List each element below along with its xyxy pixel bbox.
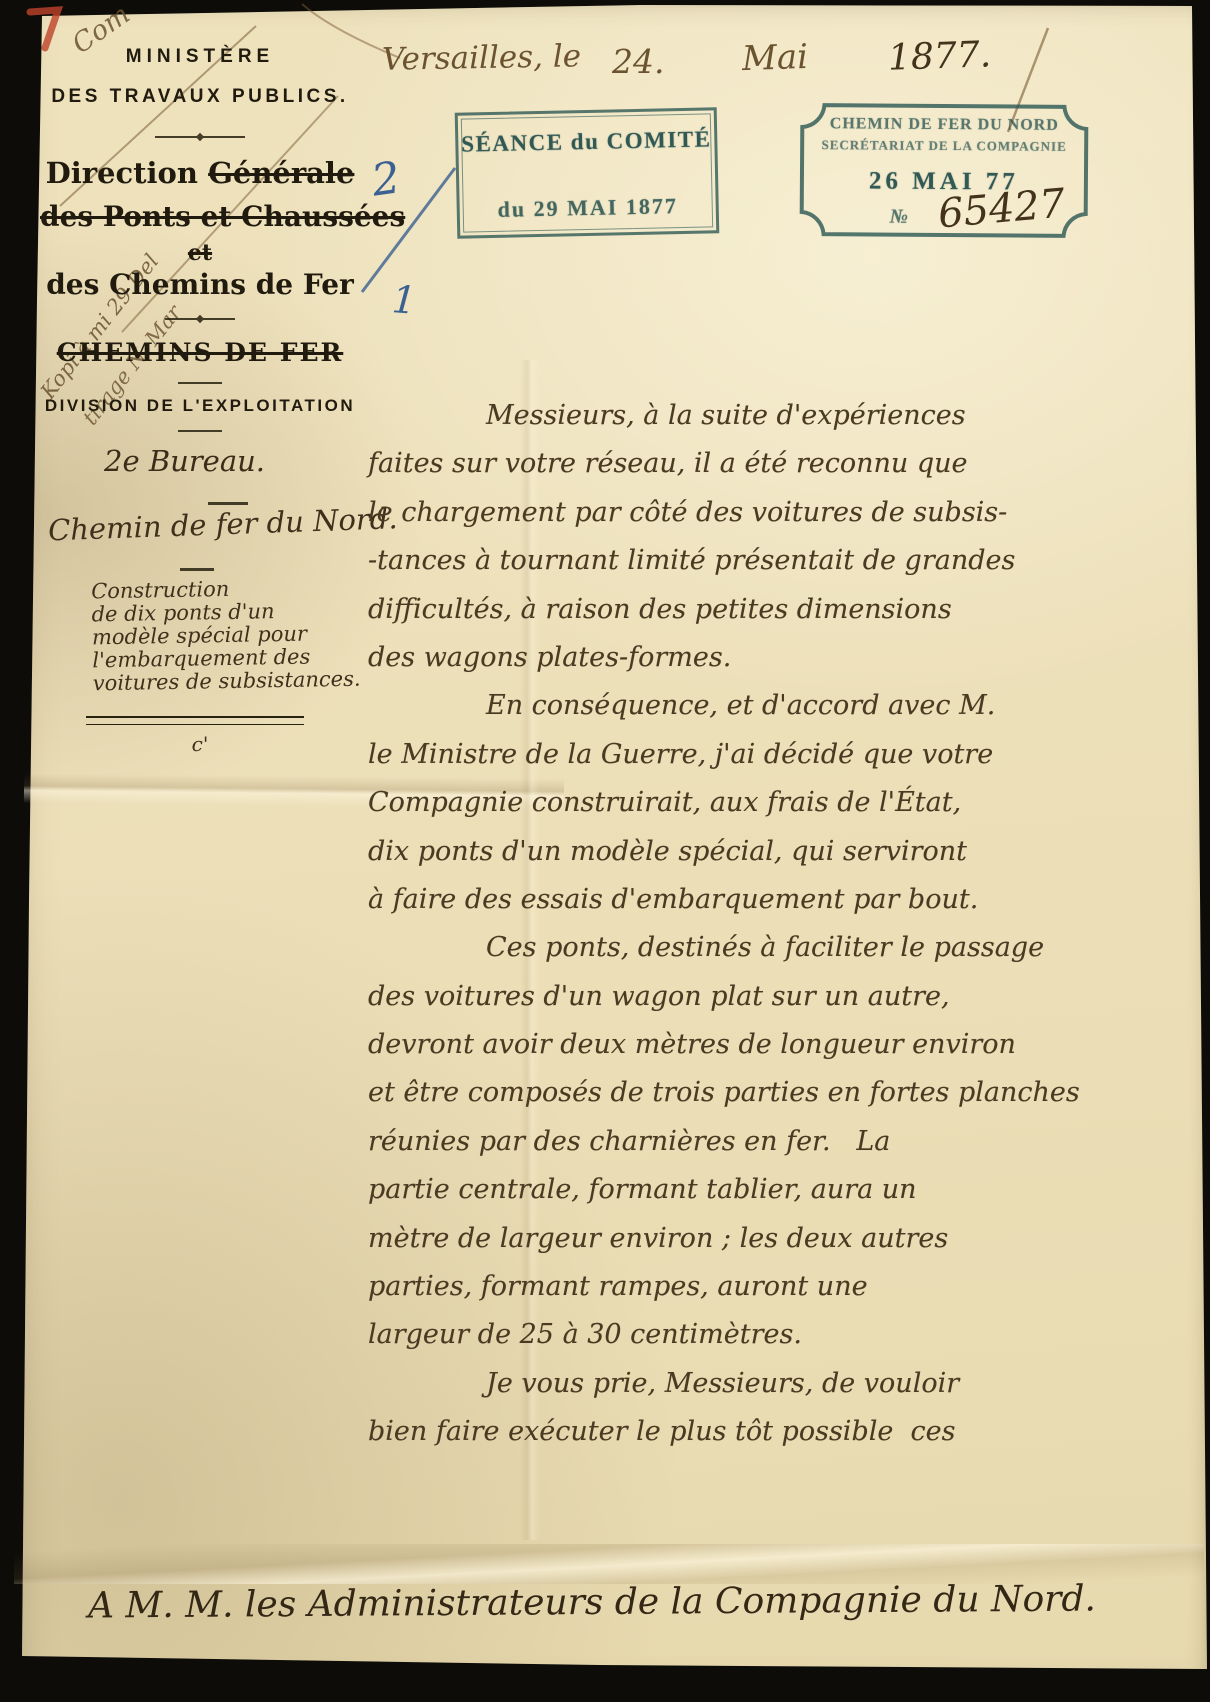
body-line: le chargement par côté des voitures de s… xyxy=(368,497,1128,545)
body-line: En conséquence, et d'accord avec M. xyxy=(368,690,1128,738)
document-photo: Com Kopi à mi 29 Del tirage N. Mar MINIS… xyxy=(0,0,1210,1702)
body-line: partie centrale, formant tablier, aura u… xyxy=(368,1174,1128,1222)
corner-note-mark: c' xyxy=(40,732,360,756)
body-line: bien faire exécuter le plus tôt possible… xyxy=(368,1416,1128,1464)
body-line: réunies par des charnières en fer. La xyxy=(368,1126,1128,1174)
dateline-place: Versailles, le xyxy=(382,38,582,77)
divider-rule xyxy=(208,502,248,505)
body-line: parties, formant rampes, auront une xyxy=(368,1271,1128,1319)
body-line: dix ponts d'un modèle spécial, qui servi… xyxy=(368,836,1128,884)
body-line: des voitures d'un wagon plat sur un autr… xyxy=(368,981,1128,1029)
blue-pencil-numeral-bottom: 1 xyxy=(390,277,417,323)
et-struck: et xyxy=(40,240,360,266)
body-line: mètre de largeur environ ; les deux autr… xyxy=(368,1223,1128,1271)
dateline-year: 1877. xyxy=(887,34,991,79)
body-line: -tances à tournant limité présentait de … xyxy=(368,545,1128,593)
letterhead: MINISTÈRE DES TRAVAUX PUBLICS. Direction… xyxy=(40,0,360,780)
bureau-line: 2e Bureau. xyxy=(104,444,265,478)
dateline-day: 24. xyxy=(612,42,664,81)
ministry-title-line1: MINISTÈRE xyxy=(40,46,360,68)
recipient-address: A M. M. les Administrateurs de la Compag… xyxy=(88,1578,1096,1626)
direction-word: Direction xyxy=(46,156,198,190)
body-line: difficultés, à raison des petites dimens… xyxy=(368,594,1128,642)
letter-body: Messieurs, à la suite d'expériencesfaite… xyxy=(368,400,1128,1465)
body-line: à faire des essais d'embarquement par bo… xyxy=(368,884,1128,932)
double-rule xyxy=(86,716,304,725)
chemins-struck-heading: CHEMINS DE FER xyxy=(40,338,360,367)
ponts-chaussees-struck-line: des Ponts et Chaussées xyxy=(40,200,360,233)
divider-rule xyxy=(178,382,222,384)
body-line: largeur de 25 à 30 centimètres. xyxy=(368,1319,1128,1367)
subject-line: voitures de subsistances. xyxy=(93,668,361,696)
body-line: le Ministre de la Guerre, j'ai décidé qu… xyxy=(368,739,1128,787)
body-line: Messieurs, à la suite d'expériences xyxy=(368,400,1128,448)
body-line: des wagons plates-formes. xyxy=(368,642,1128,690)
body-line: faites sur votre réseau, il a été reconn… xyxy=(368,448,1128,496)
comite-stamp-title: SÉANCE du COMITÉ xyxy=(458,126,714,157)
direction-line: Direction Générale xyxy=(40,156,360,190)
chemins-de-fer-line: des Chemins de Fer xyxy=(40,268,360,301)
divider-rule xyxy=(180,568,214,571)
nord-stamp-title: CHEMIN DE FER DU NORD xyxy=(794,115,1094,135)
ornament-rule xyxy=(165,318,235,320)
nord-stamp-subtitle: SECRÉTARIAT DE LA COMPAGNIE xyxy=(794,137,1094,155)
subject-description: Construction de dix ponts d'un modèle sp… xyxy=(91,576,361,696)
comite-stamp: SÉANCE du COMITÉ du 29 MAI 1877 xyxy=(455,107,720,238)
comite-stamp-date: du 29 MAI 1877 xyxy=(459,192,715,223)
direction-struck-word: Générale xyxy=(208,156,354,190)
body-line: devront avoir deux mètres de longueur en… xyxy=(368,1029,1128,1077)
nord-stamp-number-label: № xyxy=(890,206,908,229)
subject-service-line: Chemin de fer du Nord. xyxy=(48,503,359,548)
ministry-title-line2: DES TRAVAUX PUBLICS. xyxy=(40,86,360,108)
dateline-month: Mai xyxy=(741,37,808,79)
body-line: Compagnie construirait, aux frais de l'É… xyxy=(368,787,1128,835)
body-line: Ces ponts, destinés à faciliter le passa… xyxy=(368,932,1128,980)
ornament-rule xyxy=(155,136,245,138)
body-line: et être composés de trois parties en for… xyxy=(368,1077,1128,1125)
body-line: Je vous prie, Messieurs, de vouloir xyxy=(368,1368,1128,1416)
division-line: DIVISION DE L'EXPLOITATION xyxy=(40,396,360,416)
divider-rule xyxy=(178,430,222,432)
